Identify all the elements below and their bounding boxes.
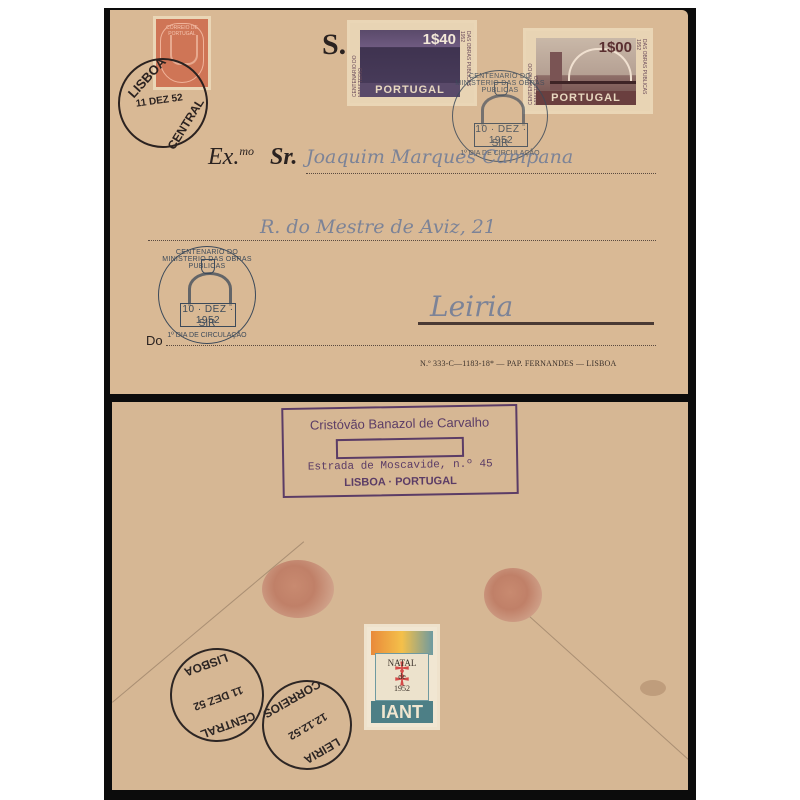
salutation-text: Ex. [208, 144, 239, 170]
salutation: Ex.mo [208, 144, 254, 171]
stamp-country: PORTUGAL [536, 91, 636, 105]
envelope-front: CORREIO DE PORTUGAL LISBOA 11 DEZ 52 CEN… [110, 10, 688, 394]
wax-seal [484, 568, 542, 622]
postmark-arc-text: 1º DIA DE CIRCULAÇÃO [159, 332, 255, 339]
envelope-back: Cristóvão Banazol de Carvalho Estrada de… [112, 402, 688, 790]
header-mark-text: S. [322, 28, 346, 61]
bridge-deck [550, 81, 636, 84]
postmark-leiria: LEIRIA 12.12.52 CORREIOS [246, 664, 369, 787]
sender-city: LISBOA · PORTUGAL [284, 474, 516, 490]
postmark-lisboa-central: CENTRAL 11 DEZ 52 LISBOA [157, 635, 277, 755]
return-address-cachet: Cristóvão Banazol de Carvalho Estrada de… [281, 404, 519, 498]
sender-street: Estrada de Moscavide, n.º 45 [284, 458, 516, 474]
address-line [148, 240, 656, 241]
address-street: R. do Mestre de Aviz, 21 [260, 216, 496, 238]
printer-imprint: N.º 333-C—1183-18* — PAP. FERNANDES — LI… [420, 359, 617, 368]
postmark-date: 11 DEZ 52 [135, 92, 183, 109]
label-de: de [376, 672, 428, 681]
city-underline [418, 322, 654, 325]
addressee-title: Sr. [270, 144, 297, 171]
charity-label-iant: ‡ NATAL de 1952 IANT [367, 627, 437, 727]
address-city: Leiria [430, 290, 513, 323]
cachet-blank-box [336, 437, 464, 459]
salutation-sup: mo [239, 144, 254, 158]
stamp-side-text: DAS OBRAS PUBLICAS 1952 [639, 39, 647, 105]
ink-stain [640, 680, 666, 696]
label-org: IANT [371, 701, 433, 723]
sender-line [166, 345, 656, 346]
stamp-side-text: CENTENARIO DO MINISTERIO [352, 31, 360, 97]
label-title: NATAL [376, 658, 428, 668]
postmark-code: SIR [159, 318, 255, 329]
torch-flame-illustration [371, 631, 433, 655]
addressee-name: Joaquim Marques Campana [306, 146, 573, 168]
postmark-first-day: CENTENARIO DO MINISTERIO DAS OBRAS PUBLI… [158, 246, 256, 344]
header-mark: S. · · · [322, 28, 346, 62]
address-line [306, 173, 656, 174]
arch-icon [481, 94, 525, 126]
sender-label: Do [146, 333, 163, 348]
arch-icon [188, 272, 232, 306]
sender-name: Cristóvão Banazol de Carvalho [283, 414, 515, 433]
label-board: ‡ NATAL de 1952 [375, 653, 429, 701]
wax-seal [262, 560, 334, 618]
stamp-value: 1$00 [599, 39, 632, 56]
bridge-tower [550, 52, 562, 90]
stamp-country: PORTUGAL [360, 83, 460, 97]
stamp-value: 1$40 [423, 31, 456, 48]
postmark-city: LISBOA [125, 54, 169, 101]
flap-edge [511, 600, 688, 761]
label-year: 1952 [376, 684, 428, 693]
